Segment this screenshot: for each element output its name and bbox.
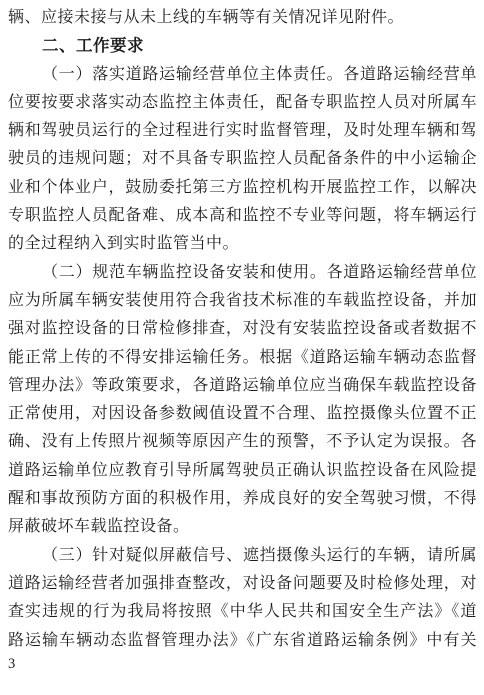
paragraph-1-line: 驶员的违规问题；对不具备专职监控人员配备条件的中小运输企 (8, 145, 477, 173)
paragraph-2-line: 确、没有上传照片视频等原因产生的预警，不予认定为误报。各 (8, 428, 477, 456)
paragraph-3-line: 查实违规的行为我局将按照《中华人民共和国安全生产法》《道 (8, 598, 477, 626)
paragraph-1-line: 业和个体业户，鼓励委托第三方监控机构开展监控工作，以解决 (8, 174, 477, 202)
paragraph-1-line: 辆和驾驶员运行的全过程进行实时监督管理，及时处理车辆和驾 (8, 117, 477, 145)
paragraph-2-line: 道路运输单位应教育引导所属驾驶员正确认识监控设备在风险提 (8, 457, 477, 485)
paragraph-2-line: 应为所属车辆安装使用符合我省技术标准的车载监控设备，并加 (8, 287, 477, 315)
document-page: 辆、应接未接与从未上线的车辆等有关情况详见附件。 二、工作要求 （一）落实道路运… (0, 0, 484, 695)
paragraph-2-line: 能正常上传的不得安排运输任务。根据《道路运输车辆动态监督 (8, 344, 477, 372)
paragraph-1-line: 专职监控人员配备难、成本高和监控不专业等问题，将车辆运行 (8, 202, 477, 230)
section-heading: 二、工作要求 (8, 32, 477, 60)
paragraph-2-line: 醒和事故预防方面的积极作用，养成良好的安全驾驶习惯，不得 (8, 485, 477, 513)
paragraph-2-line: 正常使用，对因设备参数阈值设置不合理、监控摄像头位置不正 (8, 400, 477, 428)
paragraph-2-line: （二）规范车辆监控设备安装和使用。各道路运输经营单位 (8, 259, 477, 287)
paragraph-1-line: 位要按要求落实动态监控主体责任，配备专职监控人员对所属车 (8, 89, 477, 117)
paragraph-2-line: 屏蔽破坏车载监控设备。 (8, 513, 477, 541)
paragraph-1-line: 的全过程纳入到实时监管当中。 (8, 230, 477, 258)
document-text-block: 辆、应接未接与从未上线的车辆等有关情况详见附件。 二、工作要求 （一）落实道路运… (8, 4, 477, 672)
paragraph-2-line: 管理办法》等政策要求，各道路运输单位应当确保车载监控设备 (8, 372, 477, 400)
paragraph-3-line: （三）针对疑似屏蔽信号、遮挡摄像头运行的车辆，请所属 (8, 542, 477, 570)
paragraph-1-line: （一）落实道路运输经营单位主体责任。各道路运输经营单 (8, 61, 477, 89)
page-number-label: 3 (8, 656, 477, 672)
paragraph-3-line: 道路运输经营者加强排查整改，对设备问题要及时检修处理，对 (8, 570, 477, 598)
intro-continuation-line: 辆、应接未接与从未上线的车辆等有关情况详见附件。 (8, 4, 477, 32)
paragraph-3-line: 路运输车辆动态监督管理办法》《广东省道路运输条例》中有关 (8, 627, 477, 655)
paragraph-2-line: 强对监控设备的日常检修排查，对没有安装监控设备或者数据不 (8, 315, 477, 343)
